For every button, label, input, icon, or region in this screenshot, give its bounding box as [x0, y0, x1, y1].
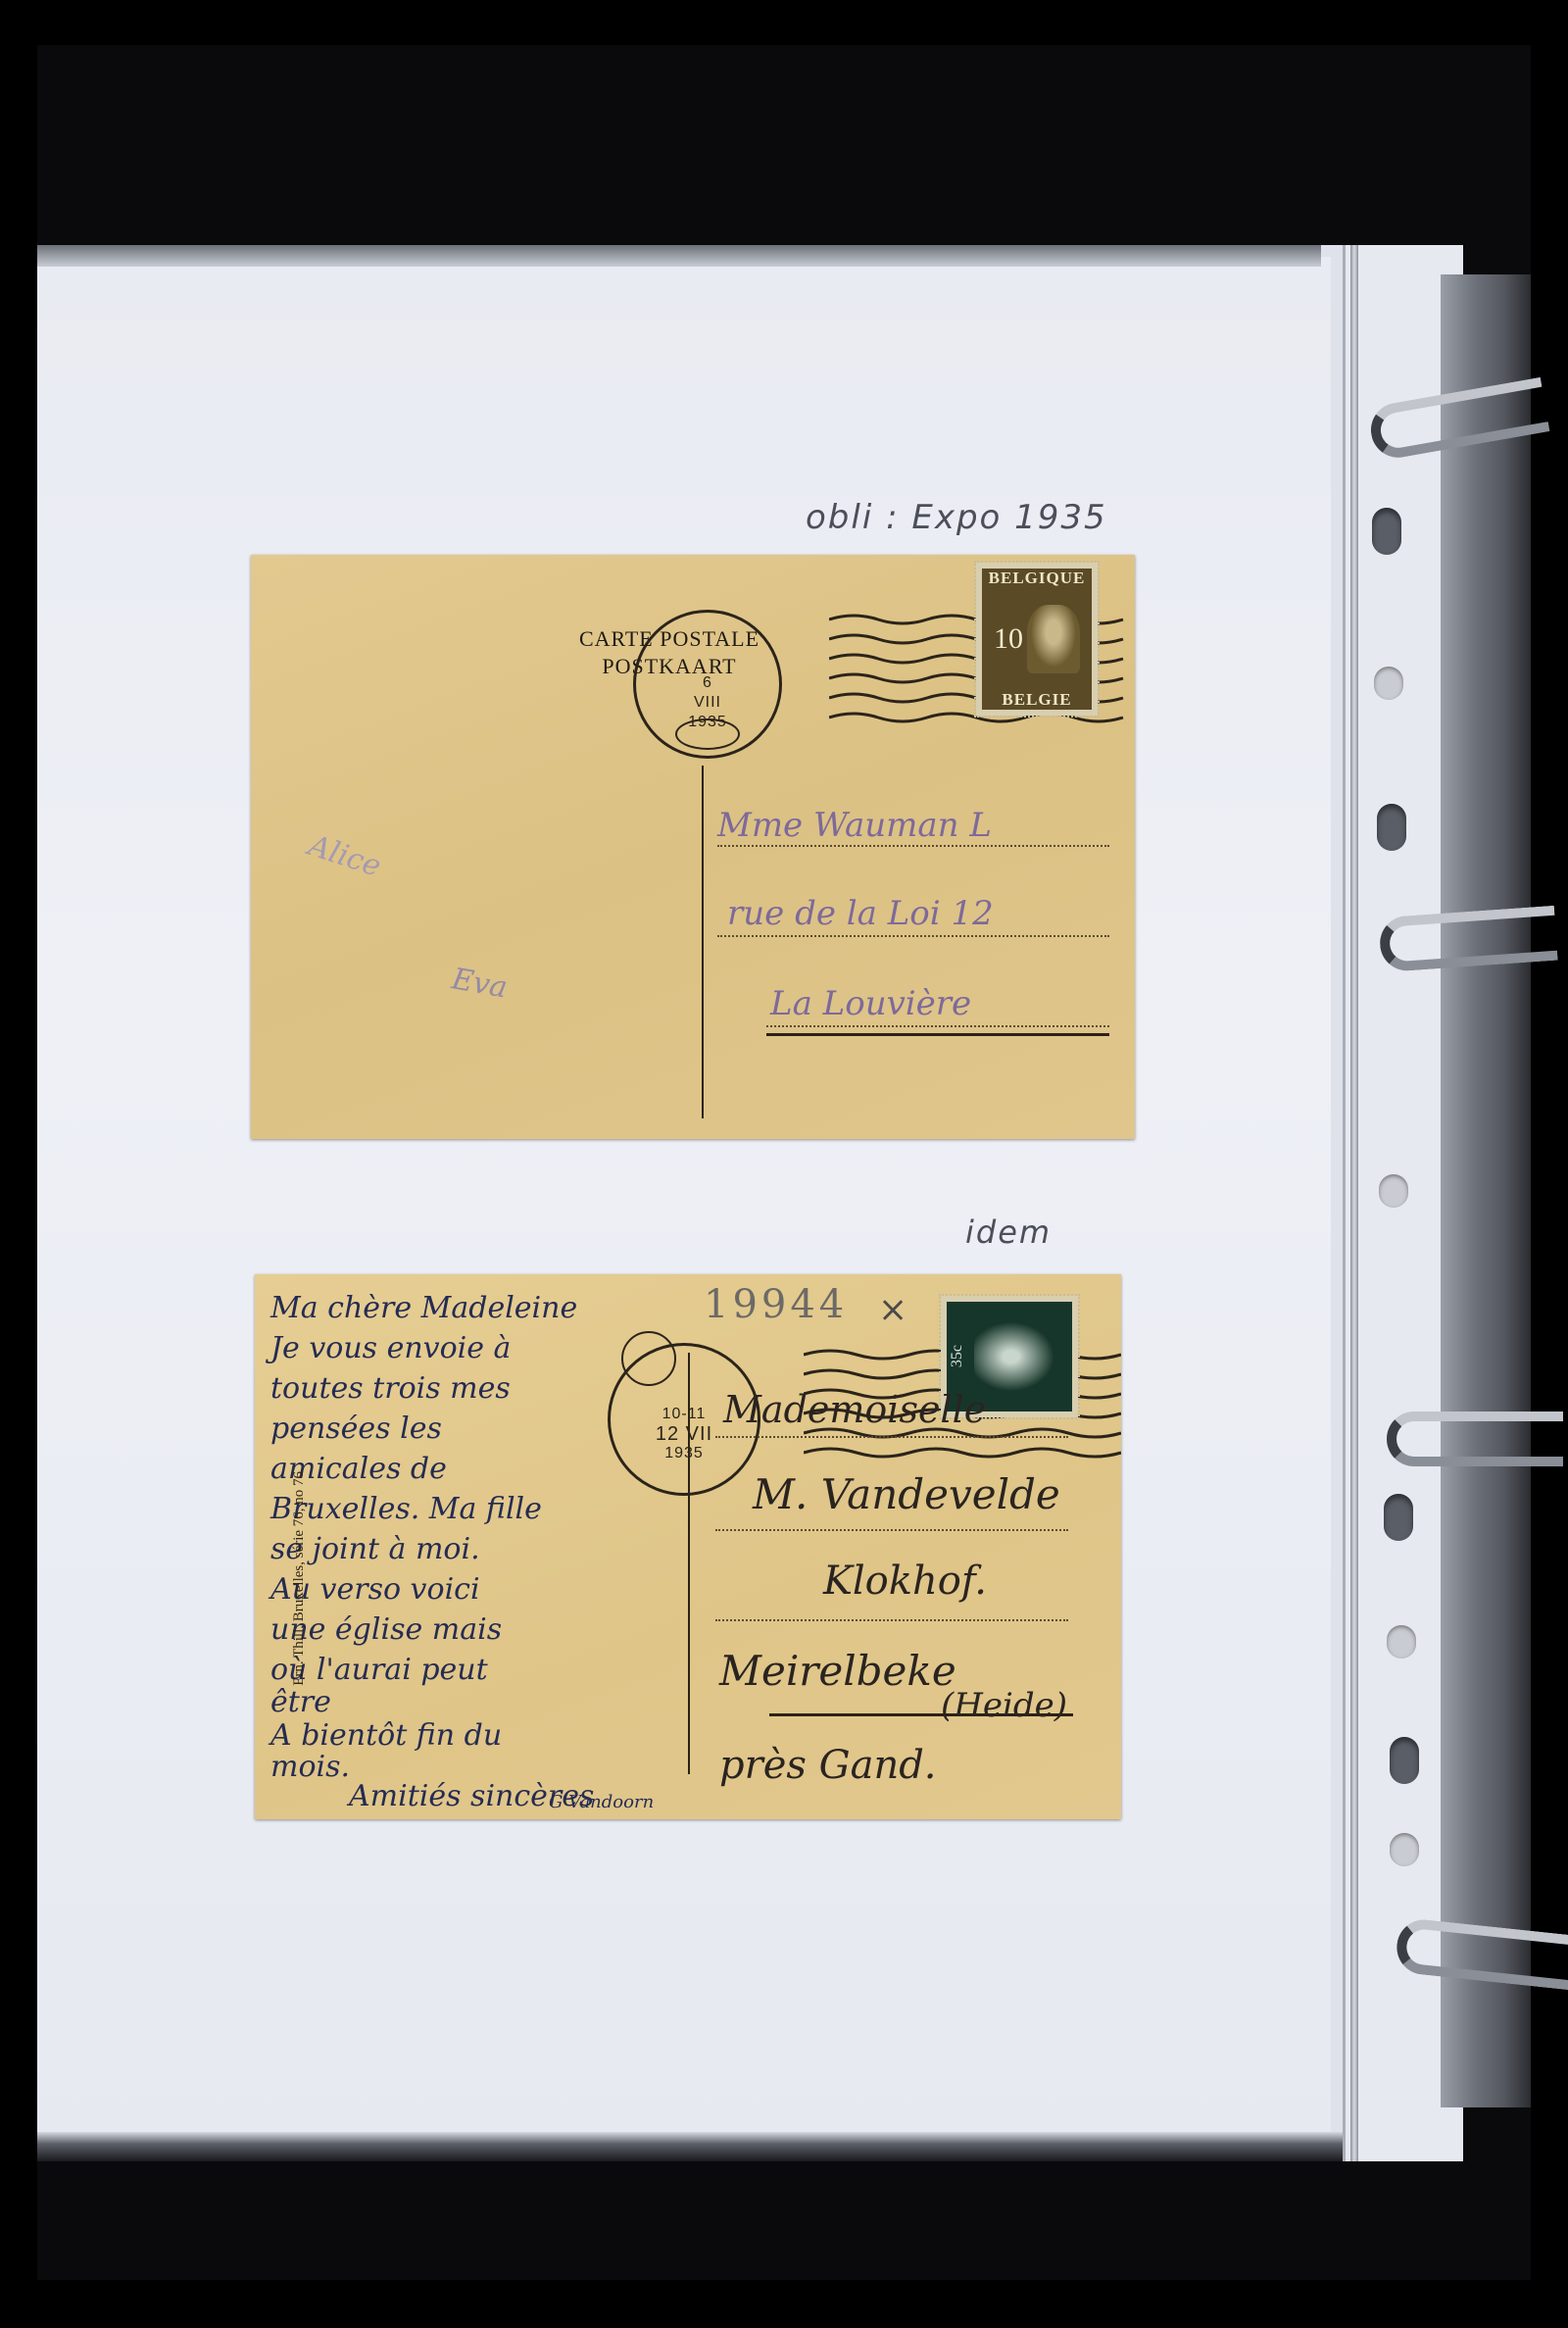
- address-line: [766, 1025, 1109, 1027]
- album-page: [37, 257, 1331, 2149]
- message-line: pensées les: [270, 1409, 594, 1449]
- postmark-month: VII: [686, 1423, 712, 1445]
- message-line: toutes trois mes: [270, 1368, 594, 1409]
- message-line: se joint à moi.: [270, 1529, 594, 1569]
- message-line: amicales de: [270, 1449, 594, 1489]
- postcard-2: Ma chère Madeleine Je vous envoie à tout…: [255, 1274, 1121, 1819]
- address-district: (Heide): [941, 1686, 1067, 1725]
- faint-note: Eva: [449, 962, 510, 1005]
- address-title: Mademoiselle: [723, 1388, 986, 1431]
- message-line: Je vous envoie à: [270, 1328, 594, 1368]
- postmark-date: 12 VII: [656, 1424, 712, 1444]
- message-signature: G Vandoorn: [549, 1792, 654, 1812]
- mercury-head-icon: [974, 1313, 1066, 1401]
- stamp-face: BELGIQUE 10 BELGIE: [982, 569, 1092, 710]
- postcard-1: CARTE POSTALE POSTKAART 6 VIII 1935 BELG…: [251, 555, 1135, 1139]
- address-line: [715, 1529, 1068, 1531]
- stamp-side-text: 35c: [947, 1343, 968, 1369]
- message-line: être: [270, 1690, 594, 1715]
- faint-note: Alice: [304, 828, 385, 884]
- address-street: Klokhof.: [823, 1559, 987, 1604]
- address-city: Meirelbeke: [719, 1647, 956, 1695]
- sleeve-top-edge: [37, 245, 1321, 267]
- stamp-value: 35c: [949, 1345, 965, 1367]
- card-divider-line: [702, 766, 704, 1118]
- stamp-country-bottom: BELGIE: [1002, 690, 1071, 710]
- address-line: [715, 1436, 1068, 1438]
- punch-hole: [1379, 1174, 1408, 1208]
- binder-ring: [1378, 906, 1557, 972]
- binder-ring: [1387, 1412, 1563, 1466]
- postmark-day: 12: [656, 1423, 679, 1445]
- message-line: Amitiés sincères: [270, 1779, 594, 1814]
- seated-figure-icon: [1027, 605, 1080, 673]
- punch-hole: [1387, 1625, 1416, 1659]
- annotation-top: obli : Expo 1935: [806, 498, 1107, 537]
- postmark-year: 1935: [688, 713, 727, 732]
- message-line: Ma chère Madeleine: [270, 1288, 594, 1328]
- message-line: où l'aurai peut: [270, 1650, 594, 1690]
- pencil-x-mark: ×: [878, 1290, 907, 1330]
- binder-spine: [1441, 274, 1531, 2107]
- punch-hole: [1384, 1494, 1413, 1541]
- sleeve-seam: [1350, 245, 1358, 2161]
- address-line: [717, 935, 1109, 937]
- postmark-month: VIII: [694, 693, 721, 713]
- address-city: La Louvière: [770, 984, 971, 1023]
- handwritten-message: Ma chère Madeleine Je vous envoie à tout…: [270, 1288, 594, 1814]
- punch-hole: [1374, 667, 1403, 700]
- message-line: Au verso voici: [270, 1569, 594, 1610]
- punch-hole: [1390, 1737, 1419, 1784]
- pencil-number: 19944: [704, 1282, 848, 1327]
- address-street: rue de la Loi 12: [727, 894, 994, 933]
- address-recipient: Mme Wauman L: [717, 806, 992, 845]
- stamp-value: 10: [994, 622, 1023, 656]
- publisher-imprint: Ern. Thill, Bruxelles, série 76, no 76.: [291, 1467, 308, 1686]
- postmark-time: 10-11: [662, 1405, 707, 1424]
- punch-hole: [1372, 508, 1401, 555]
- sleeve-bottom-edge: [37, 2132, 1346, 2161]
- message-line: Bruxelles. Ma fille: [270, 1489, 594, 1529]
- stamp-10c-belgique: BELGIQUE 10 BELGIE: [976, 563, 1098, 716]
- message-line: une église mais: [270, 1610, 594, 1650]
- address-recipient: M. Vandevelde: [753, 1470, 1060, 1518]
- address-underline: [766, 1033, 1109, 1036]
- postmark-year: 1935: [664, 1444, 704, 1463]
- address-region: près Gand.: [719, 1743, 937, 1788]
- address-line: [717, 845, 1109, 847]
- punch-hole: [1390, 1833, 1419, 1866]
- exhibition-logo-icon: [621, 1331, 676, 1386]
- postmark-circle: 6 VIII 1935: [633, 610, 782, 759]
- punch-hole: [1377, 804, 1406, 851]
- annotation-middle: idem: [965, 1214, 1052, 1251]
- postmark-day: 6: [703, 673, 712, 693]
- message-line: mois.: [270, 1756, 594, 1779]
- address-line: [715, 1619, 1068, 1621]
- stamp-country-top: BELGIQUE: [989, 569, 1086, 588]
